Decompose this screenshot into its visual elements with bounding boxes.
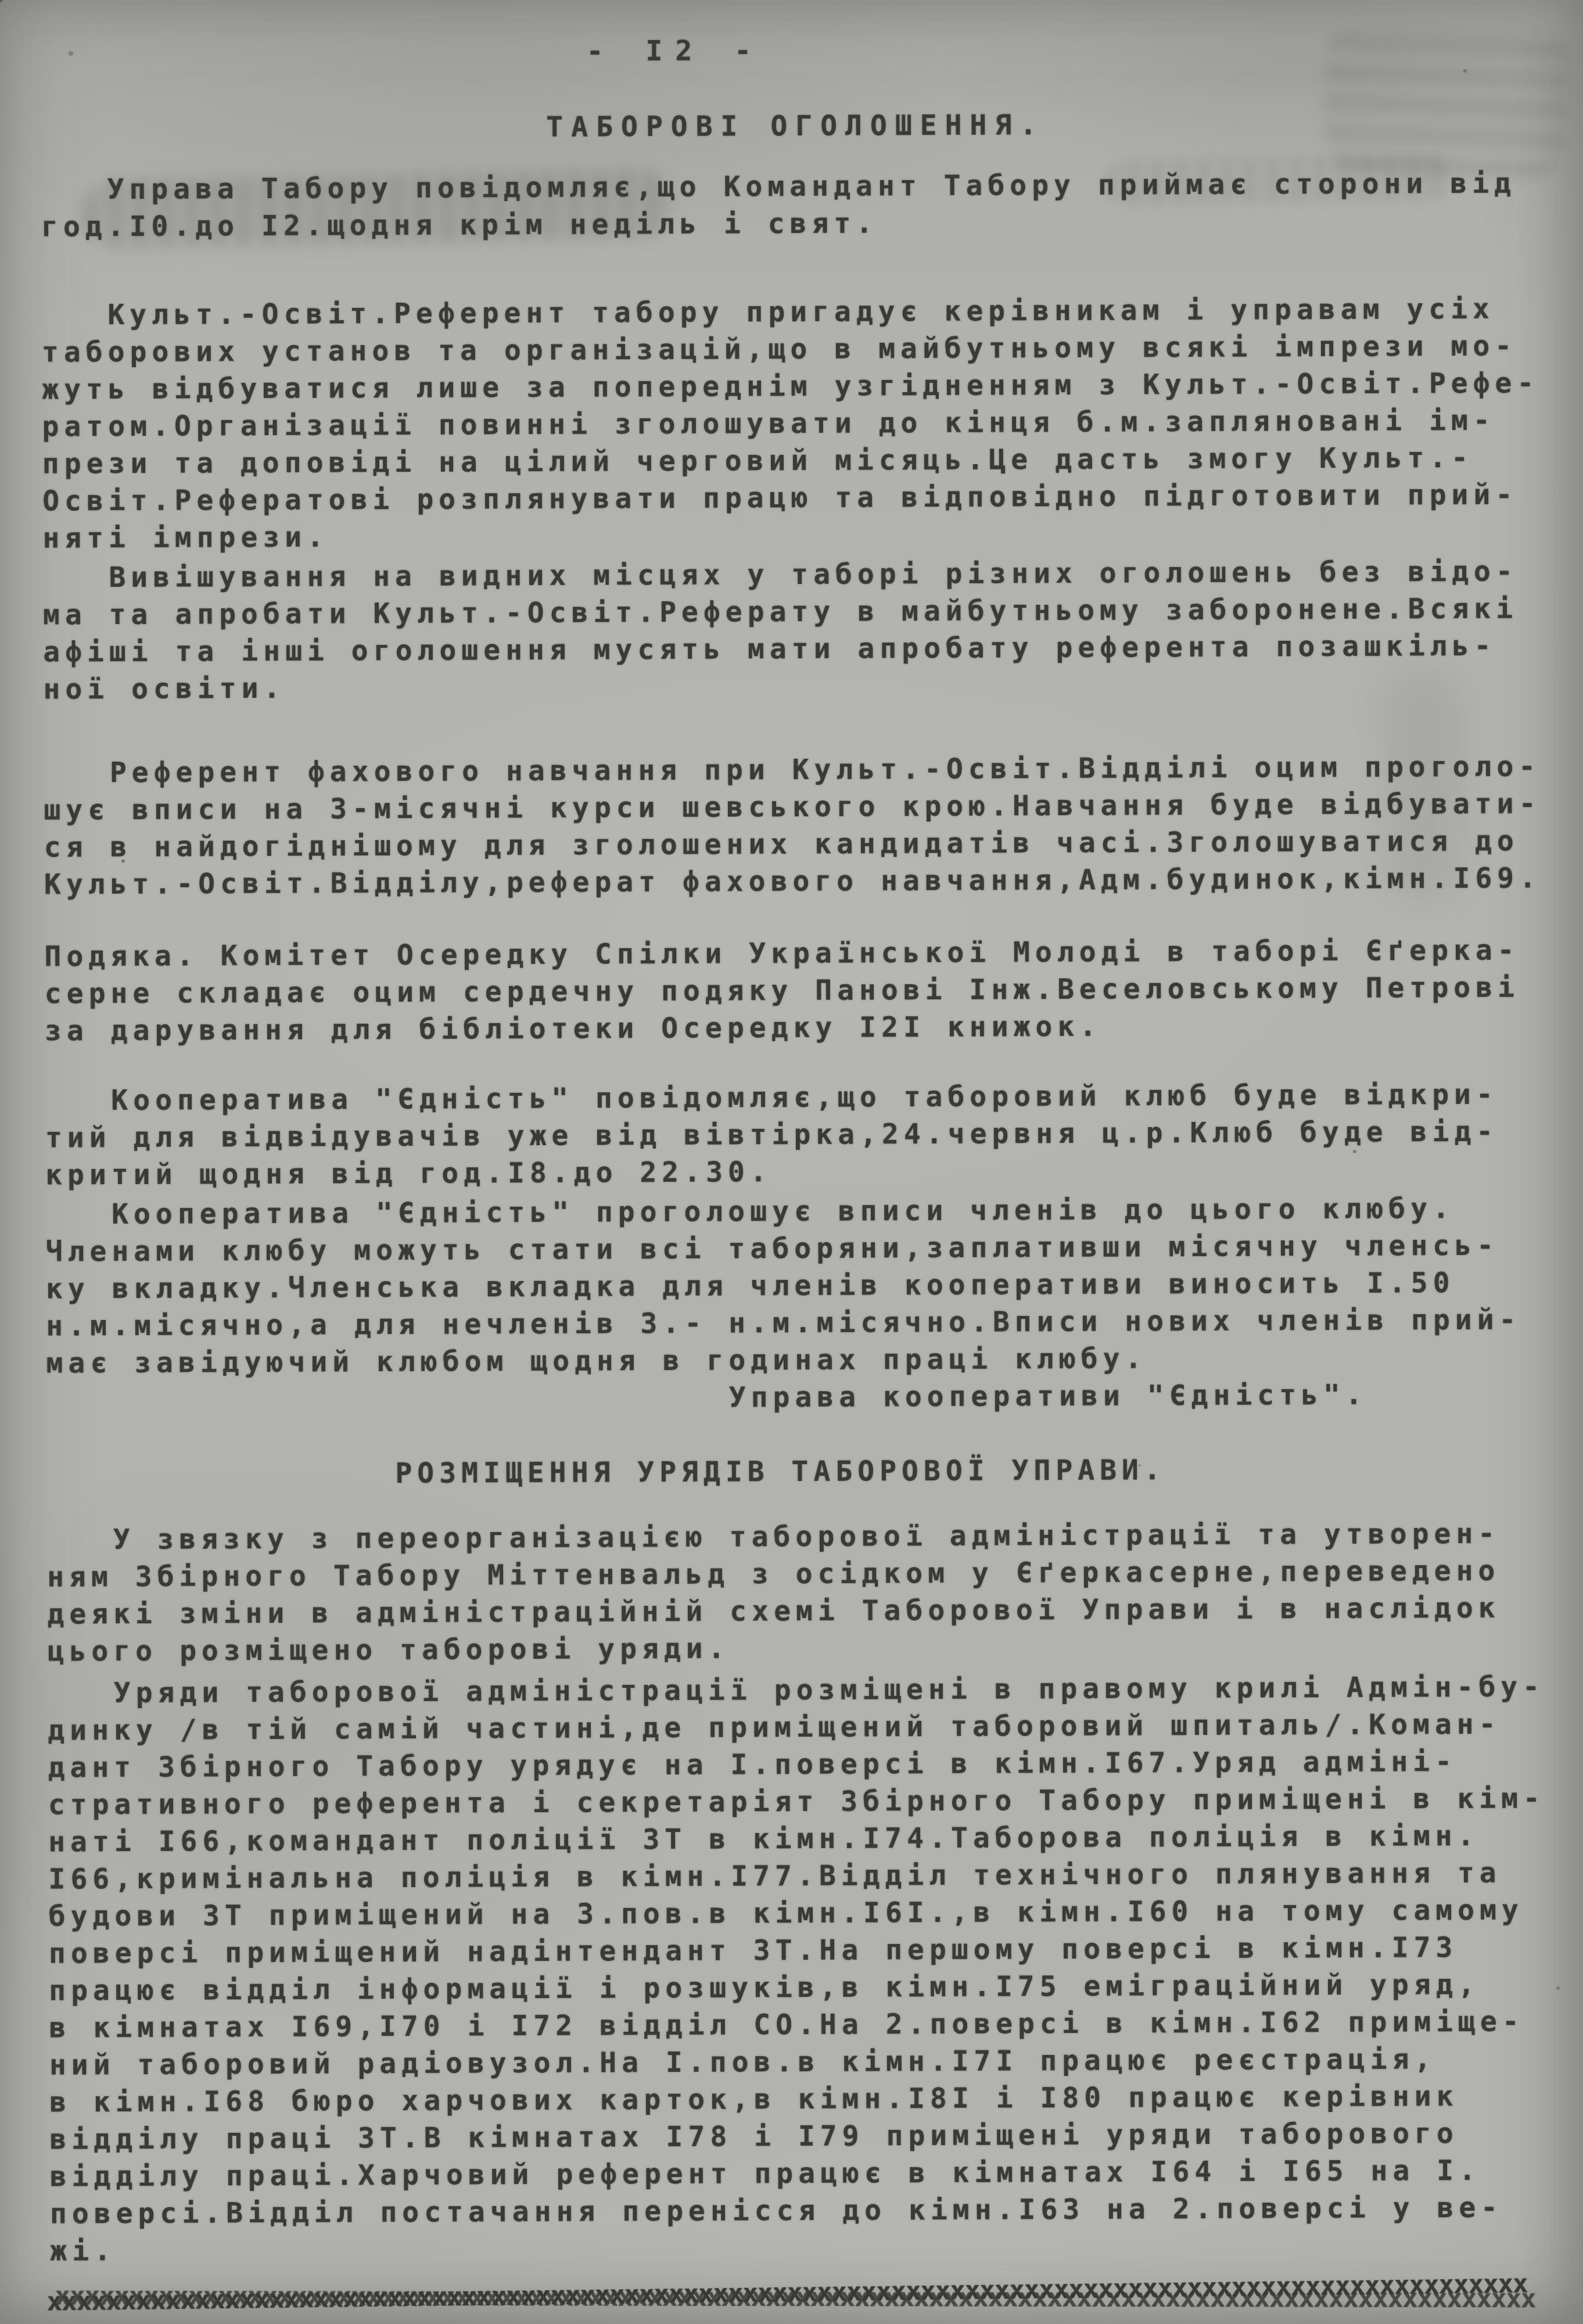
typewritten-content: - І2 - ТАБОРОВІ ОГОЛОШЕННЯ. Управа Табор… [0,0,1583,2316]
paragraph-office-room-assignments: Уряди таборової адміністрації розміщені … [48,1668,1553,2269]
announcements-section-title: ТАБОРОВІ ОГОЛОШЕННЯ. [546,104,1543,145]
paragraph-cooperative-club-opening: Кооператива "Єдність" повідомляє,що табо… [45,1075,1548,1193]
paragraph-vocational-courses: Референт фахового навчання при Культ.-Ос… [44,748,1547,903]
typed-x-divider: хххххххххххххххххххххххххххххххххххххххх… [46,2269,1553,2316]
page-number: - І2 - [587,28,1543,70]
offices-section-title: РОЗМІЩЕННЯ УРЯДІВ ТАБОРОВОЇ УПРАВИ. [395,1450,1549,1492]
paragraph-cult-osvit-referent-notice: Культ.-Освіт.Референт табору пригадує ке… [42,290,1546,557]
paragraph-commandant-reception-hours: Управа Табору повідомляє,що Командант Та… [41,164,1545,245]
paragraph-administration-reorganization: У звязку з переорганізацією таборової ад… [47,1515,1550,1670]
paragraph-posting-notices-ban: Вивішування на видних місцях у таборі рі… [43,553,1546,708]
paper-specks [0,0,2,2]
paragraph-thanks-book-donation: Подяка. Комітет Осередку Спілки Українсь… [44,931,1548,1049]
paragraph-cooperative-club-membership: Кооператива "Єдність" проголошує вписи ч… [45,1189,1549,1419]
document-page: - І2 - ТАБОРОВІ ОГОЛОШЕННЯ. Управа Табор… [0,0,1583,2324]
typed-x-divider-row: хххххххххххххххххххххххххххххххххххххххх… [55,2282,1536,2314]
